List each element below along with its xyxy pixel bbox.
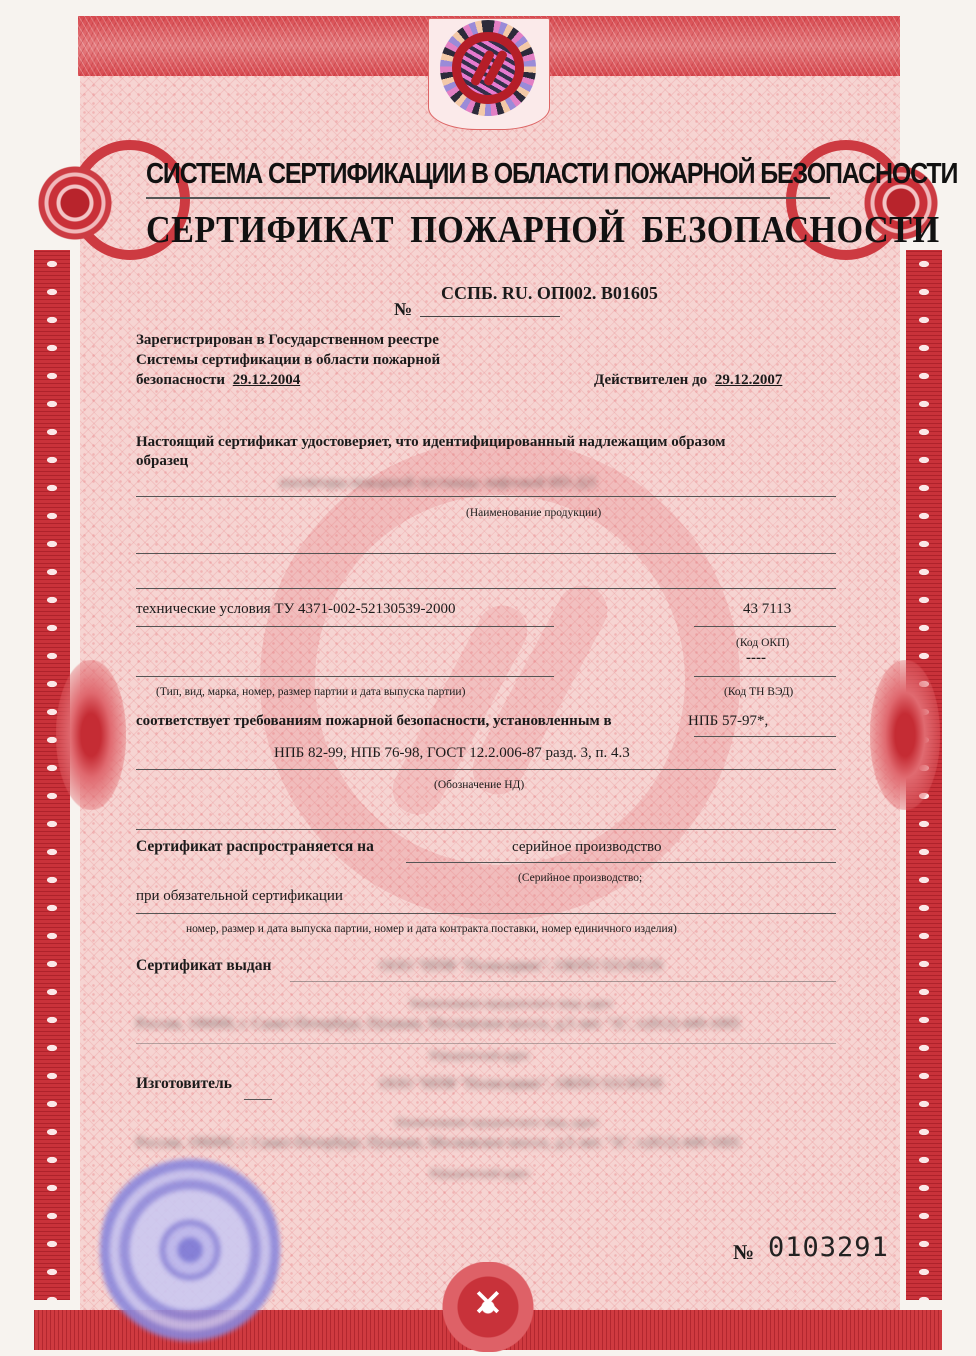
scope-caption-1: (Серийное производство;	[518, 872, 642, 884]
scope-label: Сертификат распространяется на	[136, 838, 374, 856]
okp-code: 43 7113	[743, 601, 791, 618]
scope-value: серийное производство	[512, 839, 662, 856]
type-caption: (Тип, вид, марка, номер, размер партии и…	[156, 686, 465, 698]
issued-label: Сертификат выдан	[136, 957, 271, 975]
blank-line-3	[136, 829, 836, 830]
issued-org-line	[290, 981, 836, 982]
manufacturer-label: Изготовитель	[136, 1075, 232, 1093]
left-side-ornament	[56, 660, 126, 810]
norms-line	[136, 769, 836, 770]
issued-address: Россия, 196000, г. Санкт-Петербург, Пушк…	[136, 1016, 740, 1033]
fire-safety-emblem-icon	[452, 32, 524, 104]
official-stamp	[100, 1150, 280, 1350]
scope-caption-2: номер, размер и дата выпуска партии, ном…	[186, 923, 677, 935]
serial-number-label: №	[733, 1240, 754, 1265]
manufacturer-org: ООО "НПФ "Полисервис", ОКПО 53130539	[380, 1076, 662, 1093]
tnved-code: ----	[746, 650, 766, 667]
tnved-line	[694, 676, 836, 677]
blank-line-1	[136, 553, 836, 554]
type-line	[136, 676, 554, 677]
norm-first-line	[694, 736, 836, 737]
valid-until-date: 29.12.2007	[715, 372, 783, 388]
manufacturer-address-caption: Юридический адрес	[430, 1168, 530, 1180]
issued-org: ООО "НПФ "Полисервис", ОКПО 53130539	[380, 958, 662, 975]
registration-prefix: безопасности	[136, 372, 225, 388]
manufacturer-org-caption: Наименование юридического лица, адрес	[396, 1117, 599, 1129]
okp-caption: (Код ОКП)	[736, 637, 789, 649]
product-intro-line-2: образец	[136, 453, 188, 470]
tnved-caption: (Код ТН ВЭД)	[724, 686, 793, 698]
product-intro-line-1: Настоящий сертификат удостоверяет, что и…	[136, 434, 725, 451]
issued-address-line	[136, 1043, 836, 1044]
certificate-title: СЕРТИФИКАТ ПОЖАРНОЙ БЕЗОПАСНОСТИ	[146, 208, 939, 252]
certificate-code: ССПБ. RU. ОП002. В01605	[441, 283, 658, 304]
scope-mandatory: при обязательной сертификации	[136, 888, 343, 905]
scope-line	[406, 862, 836, 863]
registration-line-2: Системы сертификации в области пожарной	[136, 352, 440, 369]
spec-value: технические условия ТУ 4371-002-52130539…	[136, 601, 455, 618]
certificate-number-label: №	[394, 299, 412, 320]
okp-line	[694, 626, 836, 627]
right-side-ornament	[870, 660, 940, 810]
compliance-label: соответствует требованиям пожарной безоп…	[136, 713, 612, 730]
manufacturer-address: Россия, 196000, г. Санкт-Петербург, Пушк…	[136, 1135, 740, 1152]
product-name-caption: (Наименование продукции)	[466, 507, 601, 519]
serial-number: 0103291	[768, 1232, 889, 1263]
product-name-value: изоляторы пожарной лестницы лифтовой ИП-…	[280, 475, 596, 492]
blank-line-2	[136, 588, 836, 589]
issued-org-caption: Наименование юридического лица, адрес	[410, 998, 613, 1010]
certificate-number-line	[420, 316, 560, 317]
issued-address-caption: Юридический адрес	[430, 1050, 530, 1062]
manufacturer-label-line	[244, 1099, 272, 1100]
product-name-line	[136, 496, 836, 497]
valid-until-label: Действителен до	[594, 372, 707, 388]
compliance-norms: НПБ 82-99, НПБ 76-98, ГОСТ 12.2.006-87 р…	[274, 745, 630, 762]
registered-date: 29.12.2004	[233, 372, 301, 388]
spec-line	[136, 626, 554, 627]
title-divider	[146, 197, 830, 199]
valid-until: Действителен до 29.12.2007	[594, 372, 782, 389]
registration-line-1: Зарегистрирован в Государственном реестр…	[136, 332, 439, 349]
system-title: СИСТЕМА СЕРТИФИКАЦИИ В ОБЛАСТИ ПОЖАРНОЙ …	[146, 158, 957, 191]
compliance-norm-first: НПБ 57-97*,	[688, 713, 768, 730]
registration-line-3: безопасности 29.12.2004	[136, 372, 300, 389]
left-rosette-icon	[36, 164, 114, 242]
bottom-cross-icon: ✕	[472, 1284, 504, 1322]
compliance-caption: (Обозначение НД)	[434, 779, 524, 791]
mandatory-line	[136, 913, 836, 914]
